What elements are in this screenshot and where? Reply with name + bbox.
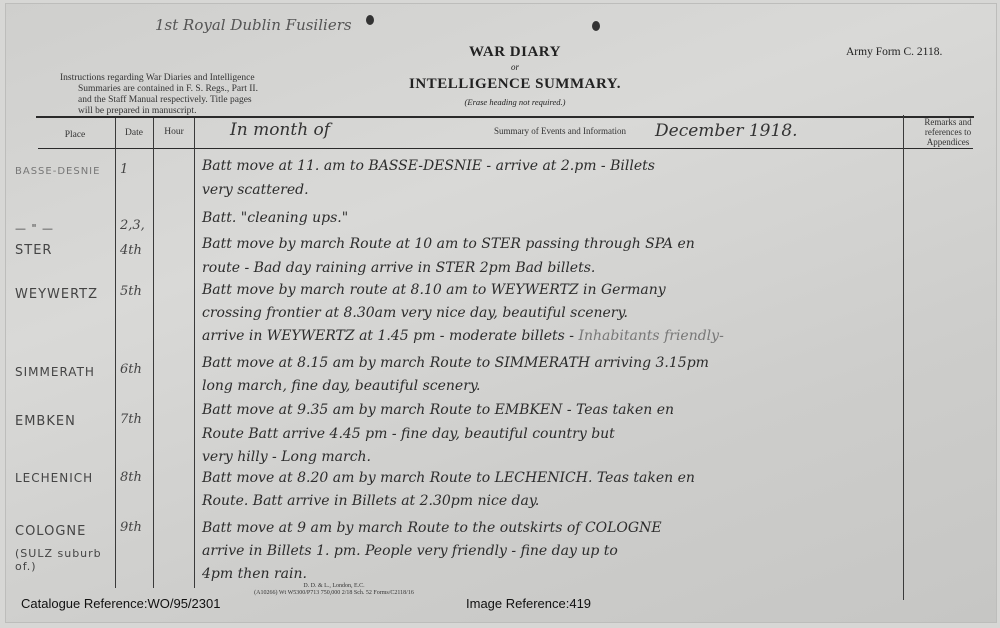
- entry-line: Batt move at 11. am to BASSE-DESNIE - ar…: [202, 158, 912, 174]
- punch-hole: [366, 15, 374, 25]
- column-header-summary: Summary of Events and Information: [470, 126, 650, 136]
- entry-line: Batt move by march Route at 10 am to STE…: [202, 236, 912, 252]
- entry-date: 1: [120, 162, 160, 177]
- month-prefix: In month of: [230, 120, 330, 140]
- entry-place: EMBKEN: [15, 414, 125, 429]
- instructions-text: Instructions regarding War Diaries and I…: [60, 73, 290, 117]
- entry-line: Batt. "cleaning ups.": [202, 210, 912, 226]
- entry-line: Batt move at 8.15 am by march Route to S…: [202, 355, 912, 371]
- title-or: or: [490, 62, 540, 72]
- entry-line: Batt move at 9.35 am by march Route to E…: [202, 402, 912, 418]
- entry-place-note: (SULZ suburb of.): [15, 547, 125, 573]
- table-top-rule: [36, 116, 974, 118]
- entry-line: Batt move at 8.20 am by march Route to L…: [202, 470, 912, 486]
- column-divider: [115, 118, 116, 588]
- army-form-number: Army Form C. 2118.: [846, 46, 942, 58]
- entry-line: route - Bad day raining arrive in STER 2…: [202, 260, 912, 276]
- month-value: December 1918.: [655, 121, 798, 141]
- entry-line: very hilly - Long march.: [202, 449, 912, 465]
- entry-place: WEYWERTZ: [15, 287, 125, 302]
- entry-place: BASSE-DESNIE: [15, 166, 125, 177]
- column-header-date: Date: [116, 128, 152, 138]
- entry-date: 5th: [120, 284, 160, 299]
- entry-line: Route Batt arrive 4.45 pm - fine day, be…: [202, 426, 912, 442]
- entry-line: Route. Batt arrive in Billets at 2.30pm …: [202, 493, 912, 509]
- entry-line: long march, fine day, beautiful scenery.: [202, 378, 912, 394]
- entry-line: Batt move at 9 am by march Route to the …: [202, 520, 912, 536]
- entry-line: arrive in WEYWERTZ at 1.45 pm - moderate…: [202, 328, 912, 344]
- entry-line: arrive in Billets 1. pm. People very fri…: [202, 543, 912, 559]
- column-divider: [194, 118, 195, 588]
- entry-line: 4pm then rain.: [202, 566, 912, 582]
- entry-date: 9th: [120, 520, 160, 535]
- entry-place: STER: [15, 243, 125, 258]
- column-header-remarks: Remarks and references to Appendices: [905, 117, 991, 147]
- unit-name: 1st Royal Dublin Fusiliers: [155, 16, 352, 34]
- entry-place: LECHENICH: [15, 471, 125, 485]
- margin-annotation: Inhabitants friendly-: [578, 328, 723, 344]
- column-divider: [153, 118, 154, 588]
- catalogue-reference: Catalogue Reference:WO/95/2301: [21, 596, 220, 611]
- erase-note: (Erase heading not required.): [440, 97, 590, 107]
- header-bottom-rule: [38, 148, 973, 149]
- entry-date: 4th: [120, 243, 160, 258]
- printer-imprint: D. D. & L., London, E.C. (A10266) Wt W53…: [234, 583, 434, 597]
- column-header-place: Place: [40, 130, 110, 140]
- entry-date: 6th: [120, 362, 160, 377]
- entry-place: COLOGNE: [15, 524, 125, 539]
- entry-date: 2,3,: [120, 218, 160, 233]
- column-header-hour: Hour: [154, 127, 194, 137]
- title-war-diary: WAR DIARY: [440, 44, 590, 61]
- punch-hole: [592, 21, 600, 31]
- entry-place: — " —: [15, 222, 125, 235]
- entry-place: SIMMERATH: [15, 365, 125, 379]
- title-intelligence-summary: INTELLIGENCE SUMMARY.: [400, 76, 630, 93]
- entry-line: crossing frontier at 8.30am very nice da…: [202, 305, 912, 321]
- entry-line: very scattered.: [202, 182, 912, 198]
- image-reference: Image Reference:419: [466, 596, 591, 611]
- entry-date: 7th: [120, 412, 160, 427]
- entry-date: 8th: [120, 470, 160, 485]
- entry-line: Batt move by march route at 8.10 am to W…: [202, 282, 912, 298]
